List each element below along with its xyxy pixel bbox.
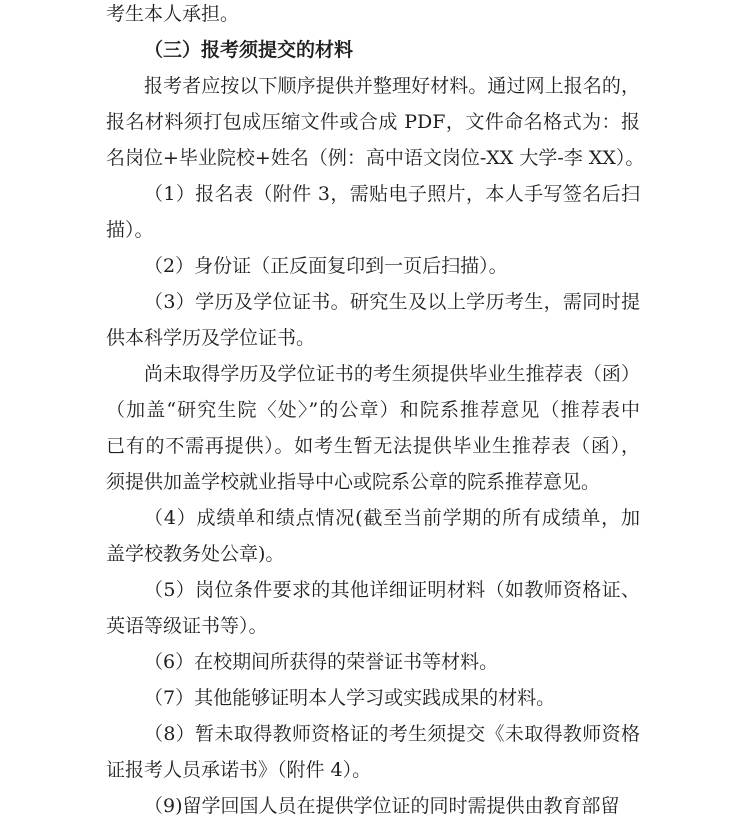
text-line: 名岗位+毕业院校+姓名（例：高中语文岗位-XX 大学-李 XX）。 xyxy=(106,140,640,176)
text-line: 供本科学历及学位证书。 xyxy=(106,320,640,356)
text-line: （7）其他能够证明本人学习或实践成果的材料。 xyxy=(106,680,640,716)
text-line: 须提供加盖学校就业指导中心或院系公章的院系推荐意见。 xyxy=(106,464,640,500)
document-body: 考生本人承担。（三）报考须提交的材料报考者应按以下顺序提供并整理好材料。通过网上… xyxy=(106,0,640,824)
text-line: 尚未取得学历及学位证书的考生须提供毕业生推荐表（函） xyxy=(106,356,640,392)
text-line: 描）。 xyxy=(106,212,640,248)
section-heading: （三）报考须提交的材料 xyxy=(106,32,640,68)
text-line: （1）报名表（附件 3，需贴电子照片，本人手写签名后扫 xyxy=(106,176,640,212)
text-line: 已有的不需再提供）。如考生暂无法提供毕业生推荐表（函）， xyxy=(106,428,640,464)
text-line: 考生本人承担。 xyxy=(106,0,640,32)
text-line: （8）暂未取得教师资格证的考生须提交《未取得教师资格 xyxy=(106,716,640,752)
text-line: （加盖“研究生院〈处〉”的公章）和院系推荐意见（推荐表中 xyxy=(106,392,640,428)
text-line: （3）学历及学位证书。研究生及以上学历考生，需同时提 xyxy=(106,284,640,320)
text-line: 报考者应按以下顺序提供并整理好材料。通过网上报名的， xyxy=(106,68,640,104)
text-line: 盖学校教务处公章)。 xyxy=(106,536,640,572)
text-line: （9)留学回国人员在提供学位证的同时需提供由教育部留 xyxy=(106,788,640,824)
text-line: （2）身份证（正反面复印到一页后扫描）。 xyxy=(106,248,640,284)
text-line: （5）岗位条件要求的其他详细证明材料（如教师资格证、 xyxy=(106,572,640,608)
document-page: 考生本人承担。（三）报考须提交的材料报考者应按以下顺序提供并整理好材料。通过网上… xyxy=(0,0,738,824)
text-line: （4）成绩单和绩点情况(截至当前学期的所有成绩单，加 xyxy=(106,500,640,536)
text-line: （6）在校期间所获得的荣誉证书等材料。 xyxy=(106,644,640,680)
text-line: 英语等级证书等）。 xyxy=(106,608,640,644)
text-line: 证报考人员承诺书》（附件 4）。 xyxy=(106,752,640,788)
text-line: 报名材料须打包成压缩文件或合成 PDF，文件命名格式为：报 xyxy=(106,104,640,140)
